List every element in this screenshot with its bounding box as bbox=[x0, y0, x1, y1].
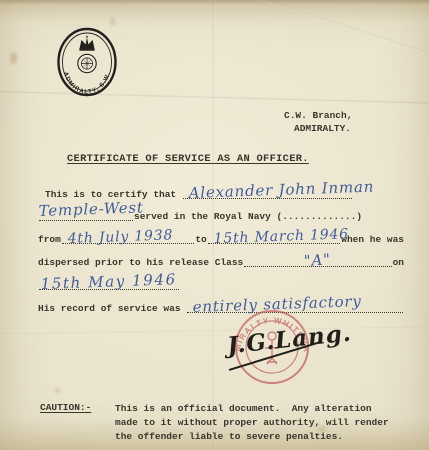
on-label: on bbox=[393, 256, 404, 269]
handwritten-release-date: 15th May 1946 bbox=[40, 270, 177, 293]
release-class-line: dispersed prior to his release Class "A"… bbox=[38, 254, 404, 269]
certificate-title: CERTIFICATE OF SERVICE AS AN OFFICER. bbox=[67, 153, 309, 165]
dates-line: from 4th July 1938 to 15th March 1946 wh… bbox=[38, 231, 404, 246]
caution-line: This is an official document. Any altera… bbox=[115, 402, 389, 416]
caution-text: This is an official document. Any altera… bbox=[115, 402, 389, 444]
paper-crease bbox=[0, 326, 429, 335]
served-text: served in the Royal Navy (.............) bbox=[134, 210, 362, 223]
admiralty-seal: ADMIRALTY, S.W. bbox=[55, 26, 119, 98]
certify-line: This is to certify that Alexander John I… bbox=[45, 186, 353, 201]
when-text: when he was bbox=[341, 233, 404, 246]
branch-admiralty-line: ADMIRALTY. bbox=[284, 122, 352, 135]
name-leader: Alexander John Inman bbox=[183, 186, 352, 199]
from-label: from bbox=[38, 233, 61, 246]
handwritten-class: "A" bbox=[303, 250, 331, 270]
branch-line: C.W. Branch, bbox=[284, 109, 352, 122]
paper-stain bbox=[10, 52, 17, 64]
release-date-line: 15th May 1946 bbox=[38, 277, 180, 292]
name2-leader: Temple-West bbox=[39, 208, 133, 221]
paper-torn-edge bbox=[0, 0, 429, 5]
date-to-leader: 15th March 1946 bbox=[208, 231, 341, 244]
caution-label: CAUTION:- bbox=[40, 402, 91, 413]
handwritten-date-from: 4th July 1938 bbox=[67, 227, 173, 247]
caution-line: made to it without proper authority, wil… bbox=[115, 416, 389, 430]
paper-crease bbox=[255, 0, 429, 66]
served-line: Temple-West served in the Royal Navy (..… bbox=[38, 208, 404, 223]
paper-stain bbox=[55, 388, 60, 393]
caution-line: the offender liable to severe penalties. bbox=[115, 430, 389, 444]
svg-text:ADMIRALTY, S.W.: ADMIRALTY, S.W. bbox=[62, 71, 112, 95]
to-label: to bbox=[195, 233, 206, 246]
paper-crease bbox=[212, 0, 215, 450]
release-date-leader: 15th May 1946 bbox=[39, 277, 179, 290]
record-line: His record of service was entirely satis… bbox=[38, 300, 404, 315]
handwritten-name-2: Temple-West bbox=[38, 198, 144, 220]
royal-arms-emblem bbox=[78, 54, 96, 72]
handwritten-date-to: 15th March 1946 bbox=[213, 226, 349, 247]
certificate-document: ADMIRALTY, S.W. C.W. Branch, ADMIRALTY. … bbox=[0, 0, 429, 450]
paper-stain bbox=[110, 18, 115, 26]
date-from-leader: 4th July 1938 bbox=[62, 231, 195, 244]
record-prefix: His record of service was bbox=[38, 302, 186, 315]
class-leader: "A" bbox=[244, 254, 391, 267]
dispersed-text: dispersed prior to his release Class bbox=[38, 256, 243, 269]
seal-arc-text: ADMIRALTY, S.W. bbox=[62, 71, 112, 95]
crown-icon bbox=[80, 36, 95, 51]
handwritten-name-1: Alexander John Inman bbox=[188, 178, 374, 202]
branch-address: C.W. Branch, ADMIRALTY. bbox=[284, 109, 352, 135]
